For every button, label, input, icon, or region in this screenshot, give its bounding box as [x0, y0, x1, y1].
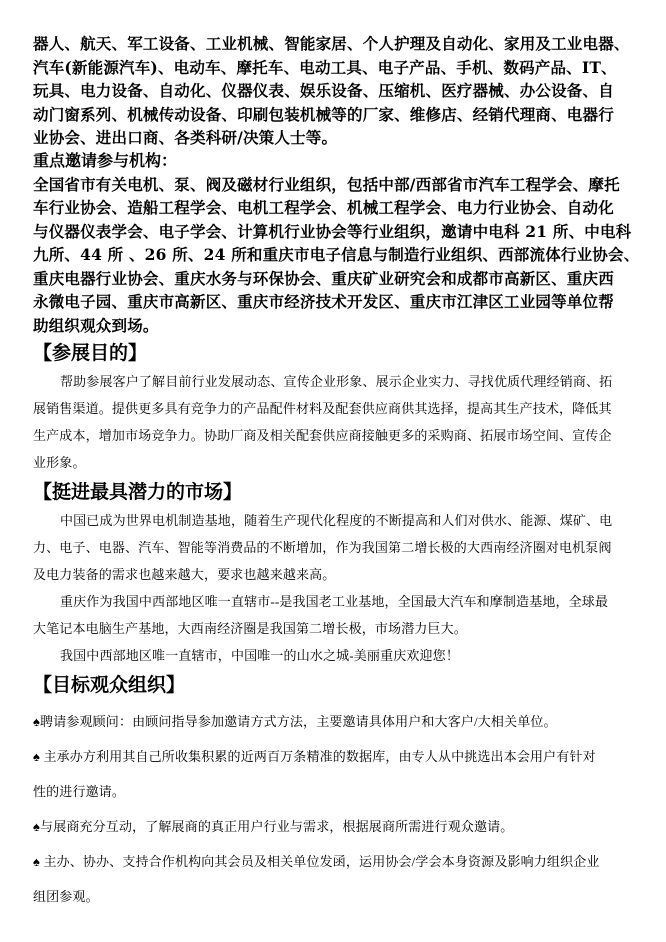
text-line: 与仪器仪表学会、电子学会、计算机行业协会等行业组织，邀请中电科 21 所、中电科: [33, 220, 633, 244]
bullet-item-spade-icon: ♠ 主承办方利用其自己所收集积累的近两百万条精准的数据库，由专人从中挑选出本会用…: [33, 739, 633, 774]
heading-key-invitees: 重点邀请参与机构：: [33, 150, 633, 173]
text-line: 及电力装备的需求也越来越大，要求也越来越来高。: [33, 561, 633, 588]
text-line: 玩具、电力设备、自动化、仪器仪表、娱乐设备、压缩机、医疗器械、办公设备、自: [33, 79, 633, 103]
text-line: 全国省市有关电机、泵、阀及磁材行业组织，包括中部/西部省市汽车工程学会、摩托: [33, 173, 633, 197]
bullet-item-continuation: 性的进行邀请。: [33, 774, 633, 809]
key-invitees-paragraph: 全国省市有关电机、泵、阀及磁材行业组织，包括中部/西部省市汽车工程学会、摩托 车…: [33, 173, 633, 338]
potential-market-paragraphs: 中国已成为世界电机制造基地，随着生产现代化程度的不断提高和人们对供水、能源、煤矿…: [33, 507, 633, 669]
target-audience-bullets: ♠聘请参观顾问：由顾问指导参加邀请方式方法，主要邀请具体用户和大客户/大相关单位…: [33, 704, 633, 914]
text-line: 永微电子园、重庆市高新区、重庆市经济技术开发区、重庆市江津区工业园等单位帮: [33, 290, 633, 314]
text-line: 车行业协会、造船工程学会、电机工程学会、机械工程学会、电力行业协会、自动化: [33, 196, 633, 220]
heading-target-audience: 【目标观众组织】: [33, 672, 633, 700]
text-line: 展销售渠道。提供更多具有竞争力的产品配件材料及配套供应商供其选择，提高其生产技术…: [33, 395, 633, 422]
text-line: 大笔记本电脑生产基地，大西南经济圈是我国第二增长极，市场潜力巨大。: [33, 615, 633, 642]
text-line: 器人、航天、军工设备、工业机械、智能家居、个人护理及自动化、家用及工业电器、: [33, 32, 633, 56]
text-line: 动门窗系列、机械传动设备、印刷包装机械等的厂家、维修店、经销代理商、电器行: [33, 103, 633, 127]
text-line: 业协会、进出口商、各类科研/决策人士等。: [33, 126, 633, 150]
heading-potential-market: 【挺进最具潜力的市场】: [33, 479, 633, 507]
text-line: 重庆电器行业协会、重庆水务与环保协会、重庆矿业研究会和成都市高新区、重庆西: [33, 267, 633, 291]
exhibit-purpose-paragraph: 帮助参展客户了解目前行业发展动态、宣传企业形象、展示企业实力、寻找优质代理经销商…: [33, 368, 633, 476]
text-line: 业形象。: [33, 449, 633, 476]
text-line: 生产成本，增加市场竞争力。协助厂商及相关配套供应商接触更多的采购商、拓展市场空间…: [33, 422, 633, 449]
bullet-item-spade-icon: ♠聘请参观顾问：由顾问指导参加邀请方式方法，主要邀请具体用户和大客户/大相关单位…: [33, 704, 633, 739]
bullet-item-spade-icon: ♠与展商充分互动，了解展商的真正用户行业与需求，根据展商所需进行观众邀请。: [33, 809, 633, 844]
text-line: 帮助参展客户了解目前行业发展动态、宣传企业形象、展示企业实力、寻找优质代理经销商…: [33, 368, 633, 395]
document-page: 器人、航天、军工设备、工业机械、智能家居、个人护理及自动化、家用及工业电器、 汽…: [0, 0, 666, 942]
text-line: 重庆作为我国中西部地区唯一直辖市--是我国老工业基地，全国最大汽车和摩制造基地，…: [33, 588, 633, 615]
text-line: 助组织观众到场。: [33, 314, 633, 338]
industry-list-paragraph: 器人、航天、军工设备、工业机械、智能家居、个人护理及自动化、家用及工业电器、 汽…: [33, 32, 633, 150]
text-line: 汽车(新能源汽车)、电动车、摩托车、电动工具、电子产品、手机、数码产品、IT、: [33, 56, 633, 80]
text-line: 九所、44 所 、26 所、24 所和重庆市电子信息与制造行业组织、西部流体行业…: [33, 243, 633, 267]
bullet-item-continuation: 组团参观。: [33, 879, 633, 914]
text-line: 力、电子、电器、汽车、智能等消费品的不断增加，作为我国第二增长极的大西南经济圈对…: [33, 534, 633, 561]
text-line: 中国已成为世界电机制造基地，随着生产现代化程度的不断提高和人们对供水、能源、煤矿…: [33, 507, 633, 534]
heading-exhibit-purpose: 【参展目的】: [33, 340, 633, 368]
text-line: 我国中西部地区唯一直辖市，中国唯一的山水之城-美丽重庆欢迎您！: [33, 642, 633, 669]
bullet-item-spade-icon: ♠ 主办、协办、支持合作机构向其会员及相关单位发函，运用协会/学会本身资源及影响…: [33, 844, 633, 879]
